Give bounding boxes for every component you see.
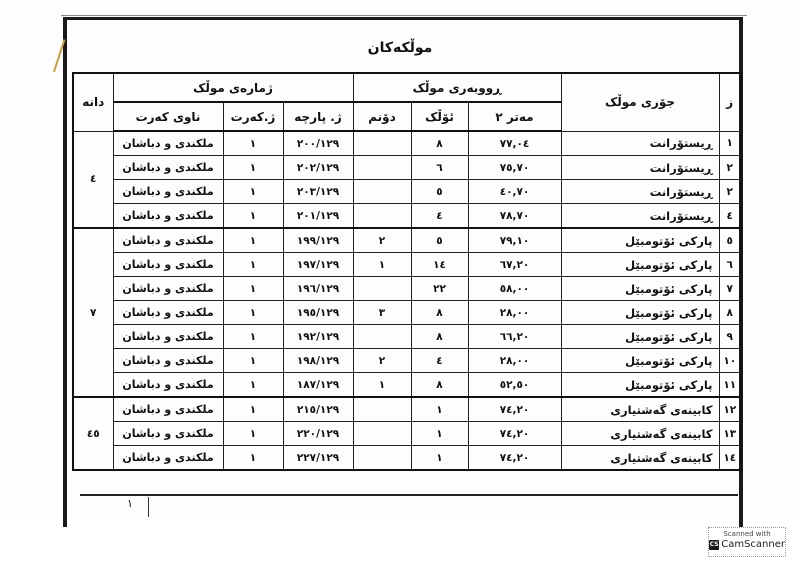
parcel-no-cell: ٢٢٧/١٢٩ [283,446,353,471]
table-row: ١٤کابینەی گەشتیاری٧٤,٢٠١٢٢٧/١٢٩١ملکندی و… [73,446,741,471]
page-number: ١ [112,497,149,517]
area-m2-cell: ٥٢,٥٠ [468,373,561,398]
card-name-cell: ملکندی و دباشان [113,446,223,471]
header-card-no: ژ.کەرت [223,102,283,131]
table-row: ٤ڕیستۆرانت٧٨,٧٠٤٢٠١/١٢٩١ملکندی و دباشان [73,204,741,229]
donm-cell: ٢ [353,228,411,253]
table-row: ١١پارکی ئۆتومبێل٥٢,٥٠٨١١٨٧/١٢٩١ملکندی و … [73,373,741,398]
donm-cell [353,204,411,229]
olk-cell: ١ [411,446,468,471]
camscanner-watermark: Scanned with CS CamScanner [708,527,786,557]
area-m2-cell: ٤٠,٧٠ [468,180,561,204]
olk-cell: ٦ [411,156,468,180]
card-no-cell: ١ [223,131,283,156]
donm-cell [353,277,411,301]
row-index: ١١ [719,373,741,398]
property-type-cell: ڕیستۆرانت [561,180,719,204]
group-count-cell: ٤٥ [73,397,113,470]
donm-cell [353,156,411,180]
table-row: ١٠پارکی ئۆتومبێل٢٨,٠٠٤٢١٩٨/١٢٩١ملکندی و … [73,349,741,373]
card-name-cell: ملکندی و دباشان [113,253,223,277]
parcel-no-cell: ١٩٨/١٢٩ [283,349,353,373]
property-type-cell: کابینەی گەشتیاری [561,397,719,422]
property-type-cell: پارکی ئۆتومبێل [561,349,719,373]
olk-cell: ٨ [411,373,468,398]
parcel-no-cell: ١٨٧/١٢٩ [283,373,353,398]
parcel-no-cell: ١٩٢/١٢٩ [283,325,353,349]
olk-cell: ١٤ [411,253,468,277]
donm-cell [353,325,411,349]
row-index: ٩ [719,325,741,349]
area-m2-cell: ٧٤,٢٠ [468,446,561,471]
card-no-cell: ١ [223,277,283,301]
olk-cell: ٥ [411,180,468,204]
row-index: ١ [719,131,741,156]
table-row: ٢ڕیستۆرانت٤٠,٧٠٥٢٠٣/١٢٩١ملکندی و دباشان [73,180,741,204]
table-row: ٦پارکی ئۆتومبێل٦٧,٢٠١٤١١٩٧/١٢٩١ملکندی و … [73,253,741,277]
footer-divider [80,494,738,496]
table-row: ٩پارکی ئۆتومبێل٦٦,٢٠٨١٩٢/١٢٩١ملکندی و دب… [73,325,741,349]
donm-cell: ١ [353,373,411,398]
header-count: دانە [73,73,113,131]
area-m2-cell: ٧٤,٢٠ [468,397,561,422]
card-name-cell: ملکندی و دباشان [113,373,223,398]
card-no-cell: ١ [223,180,283,204]
header-row-1: ز جۆری موڵک ڕووبەری موڵک ژمارەی موڵک دان… [73,73,741,102]
header-area-group: ڕووبەری موڵک [353,73,561,102]
card-no-cell: ١ [223,373,283,398]
row-index: ٦ [719,253,741,277]
donm-cell [353,397,411,422]
donm-cell [353,446,411,471]
card-name-cell: ملکندی و دباشان [113,156,223,180]
area-m2-cell: ٧٨,٧٠ [468,204,561,229]
card-no-cell: ١ [223,446,283,471]
table-row: ١٢کابینەی گەشتیاری٧٤,٢٠١٢١٥/١٢٩١ملکندی و… [73,397,741,422]
table-row: ٧پارکی ئۆتومبێل٥٨,٠٠٢٢١٩٦/١٢٩١ملکندی و د… [73,277,741,301]
card-name-cell: ملکندی و دباشان [113,397,223,422]
property-type-cell: پارکی ئۆتومبێل [561,253,719,277]
row-index: ٨ [719,301,741,325]
area-m2-cell: ٢٨,٠٠ [468,301,561,325]
header-property-type: جۆری موڵک [561,73,719,131]
header-card-name: ناوی کەرت [113,102,223,131]
property-type-cell: پارکی ئۆتومبێل [561,228,719,253]
area-m2-cell: ٦٧,٢٠ [468,253,561,277]
document-title: موڵکەکان [300,40,500,56]
parcel-no-cell: ٢١٥/١٢٩ [283,397,353,422]
parcel-no-cell: ٢٠١/١٢٩ [283,204,353,229]
olk-cell: ١ [411,397,468,422]
header-index: ز [719,73,741,131]
property-type-cell: ڕیستۆرانت [561,131,719,156]
olk-cell: ٨ [411,325,468,349]
area-m2-cell: ٦٦,٢٠ [468,325,561,349]
property-type-cell: پارکی ئۆتومبێل [561,325,719,349]
table-body: ١ڕیستۆرانت٧٧,٠٤٨٢٠٠/١٢٩١ملکندی و دباشان٤… [73,131,741,470]
row-index: ١٣ [719,422,741,446]
card-no-cell: ١ [223,422,283,446]
row-index: ٢ [719,156,741,180]
parcel-no-cell: ٢٠٣/١٢٩ [283,180,353,204]
card-no-cell: ١ [223,325,283,349]
area-m2-cell: ٧٥,٧٠ [468,156,561,180]
card-name-cell: ملکندی و دباشان [113,301,223,325]
donm-cell: ٢ [353,349,411,373]
parcel-no-cell: ١٩٥/١٢٩ [283,301,353,325]
donm-cell: ٣ [353,301,411,325]
table-row: ٨پارکی ئۆتومبێل٢٨,٠٠٨٣١٩٥/١٢٩١ملکندی و د… [73,301,741,325]
table-row: ١ڕیستۆرانت٧٧,٠٤٨٢٠٠/١٢٩١ملکندی و دباشان٤ [73,131,741,156]
parcel-no-cell: ٢٢٠/١٢٩ [283,422,353,446]
card-name-cell: ملکندی و دباشان [113,325,223,349]
card-name-cell: ملکندی و دباشان [113,349,223,373]
card-no-cell: ١ [223,253,283,277]
parcel-no-cell: ٢٠٢/١٢٩ [283,156,353,180]
area-m2-cell: ٢٨,٠٠ [468,349,561,373]
table-row: ٢ڕیستۆرانت٧٥,٧٠٦٢٠٢/١٢٩١ملکندی و دباشان [73,156,741,180]
watermark-line1: Scanned with [709,530,785,538]
card-no-cell: ١ [223,204,283,229]
watermark-line2-wrap: CS CamScanner [709,539,785,550]
table-row: ٥پارکی ئۆتومبێل٧٩,١٠٥٢١٩٩/١٢٩١ملکندی و د… [73,228,741,253]
watermark-line2: CamScanner [721,539,785,550]
area-m2-cell: ٧٤,٢٠ [468,422,561,446]
card-name-cell: ملکندی و دباشان [113,277,223,301]
header-donm: دۆنم [353,102,411,131]
donm-cell: ١ [353,253,411,277]
row-index: ٧ [719,277,741,301]
header-parcel-no: ژ. پارچە [283,102,353,131]
header-number-group: ژمارەی موڵک [113,73,353,102]
parcel-no-cell: ٢٠٠/١٢٩ [283,131,353,156]
area-m2-cell: ٧٧,٠٤ [468,131,561,156]
card-name-cell: ملکندی و دباشان [113,180,223,204]
card-no-cell: ١ [223,228,283,253]
card-no-cell: ١ [223,156,283,180]
row-index: ٤ [719,204,741,229]
row-index: ٥ [719,228,741,253]
olk-cell: ٢٢ [411,277,468,301]
header-area-m2: مەتر ٢ [468,102,561,131]
olk-cell: ٤ [411,349,468,373]
row-index: ١٢ [719,397,741,422]
olk-cell: ٨ [411,301,468,325]
property-type-cell: کابینەی گەشتیاری [561,422,719,446]
property-type-cell: کابینەی گەشتیاری [561,446,719,471]
card-no-cell: ١ [223,349,283,373]
olk-cell: ٨ [411,131,468,156]
property-type-cell: ڕیستۆرانت [561,156,719,180]
card-name-cell: ملکندی و دباشان [113,422,223,446]
property-type-cell: ڕیستۆرانت [561,204,719,229]
donm-cell [353,131,411,156]
donm-cell [353,422,411,446]
olk-cell: ١ [411,422,468,446]
property-type-cell: پارکی ئۆتومبێل [561,277,719,301]
parcel-no-cell: ١٩٧/١٢٩ [283,253,353,277]
card-name-cell: ملکندی و دباشان [113,204,223,229]
olk-cell: ٥ [411,228,468,253]
camscanner-logo-icon: CS [709,540,719,550]
group-count-cell: ٧ [73,228,113,397]
row-index: ١٤ [719,446,741,471]
olk-cell: ٤ [411,204,468,229]
header-olk: ئۆڵک [411,102,468,131]
row-index: ١٠ [719,349,741,373]
group-count-cell: ٤ [73,131,113,228]
property-type-cell: پارکی ئۆتومبێل [561,301,719,325]
row-index: ٢ [719,180,741,204]
parcel-no-cell: ١٩٩/١٢٩ [283,228,353,253]
card-no-cell: ١ [223,301,283,325]
card-no-cell: ١ [223,397,283,422]
table-row: ١٣کابینەی گەشتیاری٧٤,٢٠١٢٢٠/١٢٩١ملکندی و… [73,422,741,446]
donm-cell [353,180,411,204]
parcel-no-cell: ١٩٦/١٢٩ [283,277,353,301]
property-type-cell: پارکی ئۆتومبێل [561,373,719,398]
area-m2-cell: ٥٨,٠٠ [468,277,561,301]
card-name-cell: ملکندی و دباشان [113,131,223,156]
area-m2-cell: ٧٩,١٠ [468,228,561,253]
card-name-cell: ملکندی و دباشان [113,228,223,253]
properties-table: ز جۆری موڵک ڕووبەری موڵک ژمارەی موڵک دان… [72,72,742,471]
